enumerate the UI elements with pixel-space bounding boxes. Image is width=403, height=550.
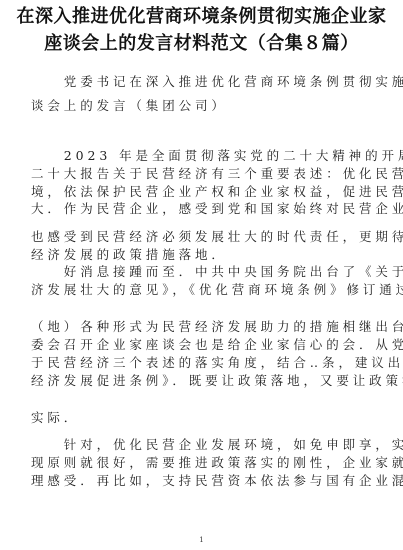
paragraph-line: 济发展壮大的意见》，《优化营商环境条例》修订通过，全省各市 <box>31 281 383 298</box>
paragraph-line: 二十大报告关于民营经济有三个重要表述：优化民营企业发展环 <box>31 165 383 182</box>
paragraph-line: 委会召开企业家座谈会也是给企业家信心的会．从党的二十大关 <box>31 336 383 353</box>
paragraph-line: 党委书记在深入推进优化营商环境条例贯彻实施企业家座 <box>31 73 383 90</box>
paragraph-line: 实际． <box>31 409 383 426</box>
paragraph-line: 也感受到民营经济必须发展壮大的时代责任，更期待有利于民营 <box>31 228 383 245</box>
paragraph-line: 境，依法保护民营企业产权和企业家权益，促进民营经济发展壮 <box>31 183 383 200</box>
document-title-line2: 座谈会上的发言材料范文（合集８篇） <box>0 33 403 55</box>
document-title-line1: 在深入推进优化营商环境条例贯彻实施企业家 <box>0 6 403 28</box>
paragraph-line: 2023 年是全面贯彻落实党的二十大精神的开局之年．党的 <box>31 147 383 164</box>
paragraph-line: 理感受．再比如，支持民营资本依法参与国有企业混合所有制改 <box>31 472 383 489</box>
paragraph-line: 经济发展的政策措施落地． <box>31 246 383 263</box>
page-number: 1 <box>0 536 403 544</box>
paragraph-line: 谈会上的发言（集团公司） <box>31 97 383 114</box>
paragraph-line: 好消息接踵而至．中共中央国务院出台了《关于促进民营经 <box>31 263 383 280</box>
paragraph-line: 大．作为民营企业，感受到党和国家始终对民营企业的高度重视， <box>31 200 383 217</box>
paragraph-line: （地）各种形式为民营经济发展助力的措施相继出台，省人大常 <box>31 318 383 335</box>
paragraph-line: 于民营经济三个表述的落实角度，结合‥条，建议出台《‥民营 <box>31 354 383 371</box>
paragraph-line: 经济发展促进条例》．既要让政策落地，又要让政策符合‥具体 <box>31 372 383 389</box>
paragraph-line: 针对，优化民营企业发展环境，如免申即享，实行不见面兑 <box>31 436 383 453</box>
paragraph-line: 现原则就很好，需要推进政策落实的刚性，企业家就有了好的心 <box>31 454 383 471</box>
